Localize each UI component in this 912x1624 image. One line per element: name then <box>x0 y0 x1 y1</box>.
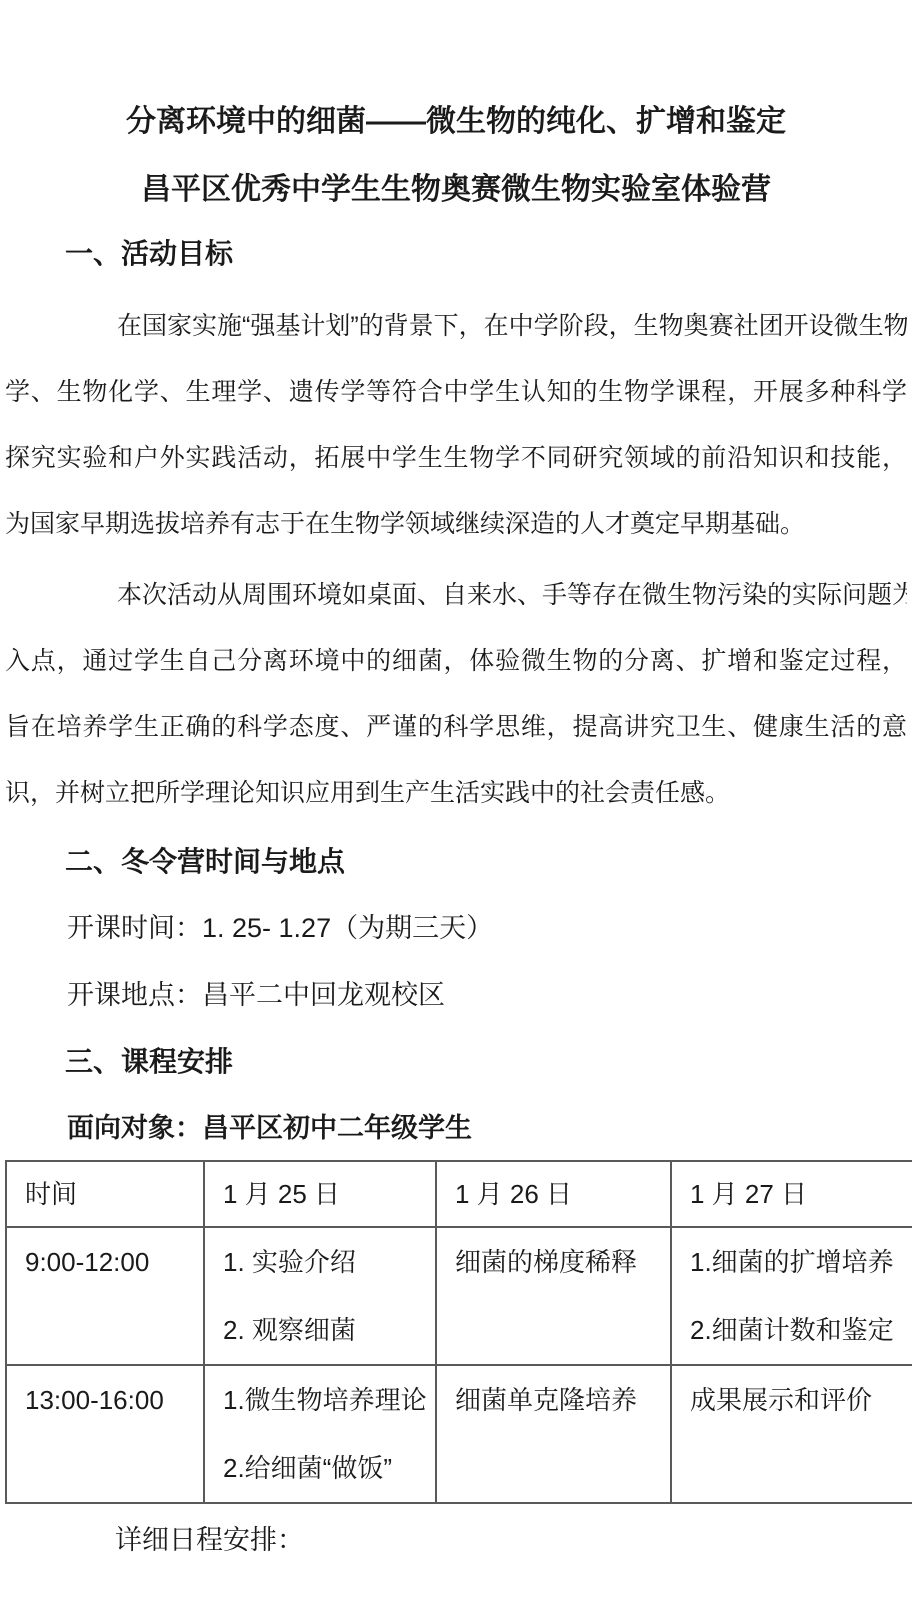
table-header-cell-day2: 1 月 26 日 <box>436 1161 671 1227</box>
cell-line: 2. 观察细菌 <box>223 1296 435 1364</box>
cell-line: 细菌的梯度稀释 <box>455 1228 670 1296</box>
table-cell-day3-morning: 1.细菌的扩增培养 2.细菌计数和鉴定 <box>671 1227 912 1365</box>
table-header-cell-day3: 1 月 27 日 <box>671 1161 912 1227</box>
table-row-morning: 9:00-12:00 1. 实验介绍 2. 观察细菌 细菌的梯度稀释 1.细菌的… <box>6 1227 912 1365</box>
doc-title-line2: 昌平区优秀中学生生物奥赛微生物实验室体验营 <box>5 168 907 212</box>
table-header-cell-time: 时间 <box>6 1161 204 1227</box>
detailed-schedule-label: 详细日程安排： <box>5 1520 907 1560</box>
table-cell-day3-afternoon: 成果展示和评价 <box>671 1365 912 1503</box>
section-heading-course: 三、课程安排 <box>65 1042 907 1082</box>
cell-line: 成果展示和评价 <box>690 1366 912 1434</box>
cell-line: 细菌单克隆培养 <box>455 1366 670 1434</box>
cell-line: 1.细菌的扩增培养 <box>690 1228 912 1296</box>
cell-line: 13:00-16:00 <box>25 1366 203 1434</box>
paragraph-line: 学、生物化学、生理学、遗传学等符合中学生认知的生物学课程，开展多种科学 <box>5 359 907 425</box>
cell-line: 2.细菌计数和鉴定 <box>690 1296 912 1364</box>
paragraph-line: 入点，通过学生自己分离环境中的细菌，体验微生物的分离、扩增和鉴定过程， <box>5 628 907 694</box>
cell-line: 9:00-12:00 <box>25 1228 203 1296</box>
paragraph-goals-2: 本次活动从周围环境如桌面、自来水、手等存在微生物污染的实际问题为切 入点，通过学… <box>5 562 907 826</box>
table-cell-day2-afternoon: 细菌单克隆培养 <box>436 1365 671 1503</box>
cell-line: 2.给细菌“做饭” <box>223 1434 435 1502</box>
paragraph-line: 在国家实施“强基计划”的背景下，在中学阶段，生物奥赛社团开设微生物 <box>5 293 907 359</box>
paragraph-line: 本次活动从周围环境如桌面、自来水、手等存在微生物污染的实际问题为切 <box>5 562 907 628</box>
cell-line: 1.微生物培养理论 <box>223 1366 435 1434</box>
paragraph-line: 为国家早期选拔培养有志于在生物学领域继续深造的人才奠定早期基础。 <box>5 491 907 557</box>
audience-line: 面向对象：昌平区初中二年级学生 <box>67 1108 907 1148</box>
section-heading-goals: 一、活动目标 <box>65 234 907 274</box>
course-time-line: 开课时间：1. 25- 1.27（为期三天） <box>67 908 907 948</box>
table-cell-day2-morning: 细菌的梯度稀释 <box>436 1227 671 1365</box>
paragraph-line: 识，并树立把所学理论知识应用到生产生活实践中的社会责任感。 <box>5 760 907 826</box>
paragraph-goals-1: 在国家实施“强基计划”的背景下，在中学阶段，生物奥赛社团开设微生物 学、生物化学… <box>5 293 907 557</box>
document-page: 分离环境中的细菌——微生物的纯化、扩增和鉴定 昌平区优秀中学生生物奥赛微生物实验… <box>0 100 912 1560</box>
table-row-afternoon: 13:00-16:00 1.微生物培养理论 2.给细菌“做饭” 细菌单克隆培养 … <box>6 1365 912 1503</box>
paragraph-line: 探究实验和户外实践活动，拓展中学生生物学不同研究领域的前沿知识和技能， <box>5 425 907 491</box>
table-header-cell-day1: 1 月 25 日 <box>204 1161 436 1227</box>
table-header-row: 时间 1 月 25 日 1 月 26 日 1 月 27 日 <box>6 1161 912 1227</box>
cell-line: 1. 实验介绍 <box>223 1228 435 1296</box>
table-cell-day1-afternoon: 1.微生物培养理论 2.给细菌“做饭” <box>204 1365 436 1503</box>
table-cell-time: 13:00-16:00 <box>6 1365 204 1503</box>
table-cell-day1-morning: 1. 实验介绍 2. 观察细菌 <box>204 1227 436 1365</box>
schedule-table: 时间 1 月 25 日 1 月 26 日 1 月 27 日 9:00-12:00… <box>5 1160 912 1504</box>
paragraph-line: 旨在培养学生正确的科学态度、严谨的科学思维，提高讲究卫生、健康生活的意 <box>5 694 907 760</box>
table-cell-time: 9:00-12:00 <box>6 1227 204 1365</box>
doc-title-line1: 分离环境中的细菌——微生物的纯化、扩增和鉴定 <box>5 100 907 144</box>
course-location-line: 开课地点：昌平二中回龙观校区 <box>67 975 907 1015</box>
section-heading-time-location: 二、冬令营时间与地点 <box>65 842 907 882</box>
